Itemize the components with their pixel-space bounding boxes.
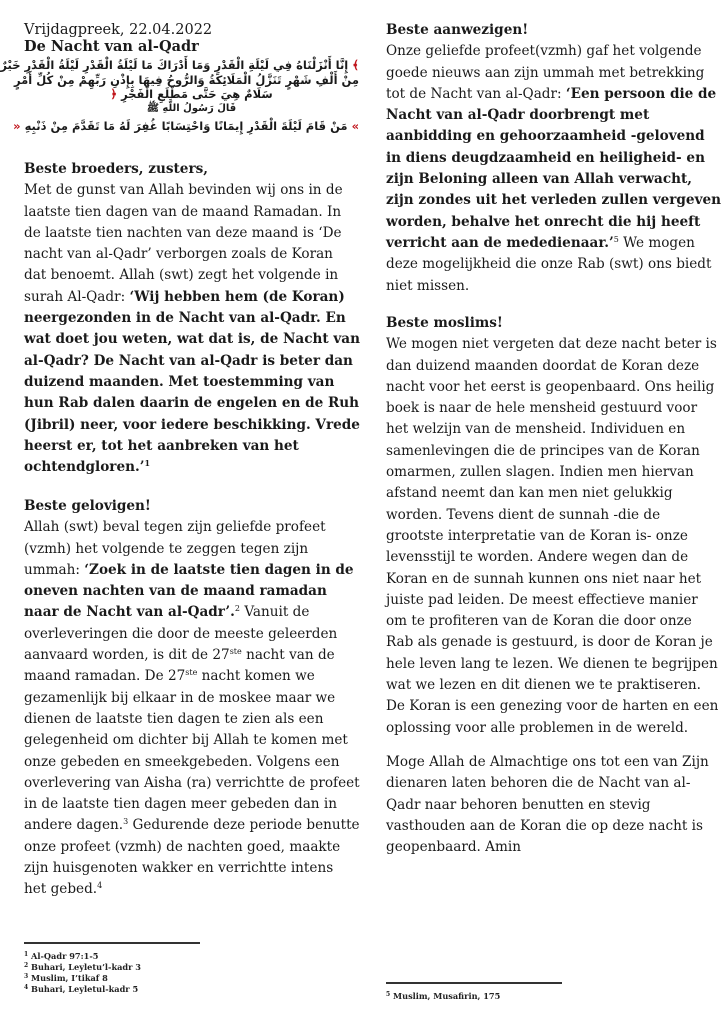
section-brothers-sisters: Beste broeders, zusters, Met de gunst va… — [24, 159, 359, 478]
hadith-line: » مَنْ قَامَ لَيْلَةَ الْقَدْرِ إِيمَانً… — [24, 119, 359, 134]
footnote-2: 2 Buhari, Leyletu’l-kadr 3 — [24, 962, 141, 973]
hadith-quote: ‘Zoek in de laatste tien dagen in de — [84, 562, 353, 578]
ornate-bracket-close: ﴿ — [110, 87, 117, 101]
footnotes-left: 1 Al-Qadr 97:1-5 2 Buhari, Leyletu’l-kad… — [24, 951, 141, 995]
footnotes-right: 5 Muslim, Musafirin, 175 — [386, 991, 500, 1002]
section-attendees: Beste aanwezigen! Onze geliefde profeet(… — [386, 20, 716, 297]
footnote-divider — [24, 942, 200, 944]
hadith-quote: ‘Een persoon die de — [566, 86, 716, 102]
section-heading: Beste gelovigen! — [24, 496, 359, 517]
footnote-ref-4[interactable]: 4 — [97, 881, 102, 890]
ornate-bracket-open: ﴾ — [352, 58, 359, 72]
page-title: De Nacht van al-Qadr — [24, 38, 199, 55]
sermon-date: Vrijdagpreek, 22.04.2022 — [24, 22, 212, 39]
section-heading: Beste aanwezigen! — [386, 20, 716, 41]
footnote-3: 3 Muslim, I’tikaf 8 — [24, 973, 141, 984]
verse-line-2: مِنْ أَلْفِ شَهْرٍ تَنَزَّلُ الْمَلَائِك… — [24, 73, 359, 88]
section-muslims: Beste moslims! We mogen niet vergeten da… — [386, 313, 716, 739]
guillemet-close: « — [13, 119, 20, 133]
footnote-4: 4 Buhari, Leyletul-kadr 5 — [24, 984, 141, 995]
left-column: Vrijdagpreek, 22.04.2022 De Nacht van al… — [24, 0, 359, 1024]
footnote-1: 1 Al-Qadr 97:1-5 — [24, 951, 141, 962]
right-column: Beste aanwezigen! Onze geliefde profeet(… — [386, 0, 716, 1024]
prophet-said: قَالَ رَسُولُ اللَّهِ ﷺ — [24, 102, 359, 117]
section-closing-prayer: Moge Allah de Almachtige ons tot een van… — [386, 752, 716, 858]
section-believers: Beste gelovigen! Allah (swt) beval tegen… — [24, 496, 359, 901]
section-heading: Beste broeders, zusters, — [24, 159, 359, 180]
footnote-ref-1[interactable]: 1 — [144, 458, 150, 468]
arabic-quote-block: ﴾ إِنَّا أَنْزَلْنَاهُ فِي لَيْلَةِ الْق… — [24, 58, 359, 134]
guillemet-open: » — [352, 119, 359, 133]
verse-line-3: سَلَامٌ هِيَ حَتَّى مَطْلَعِ الْفَجْرِ ﴿ — [24, 87, 359, 102]
footnote-divider — [386, 982, 562, 984]
footnote-5: 5 Muslim, Musafirin, 175 — [386, 991, 500, 1002]
section-heading: Beste moslims! — [386, 313, 716, 334]
verse-line-1: ﴾ إِنَّا أَنْزَلْنَاهُ فِي لَيْلَةِ الْق… — [24, 58, 359, 73]
quran-quote: ‘Wij hebben hem (de Koran) — [130, 289, 345, 305]
